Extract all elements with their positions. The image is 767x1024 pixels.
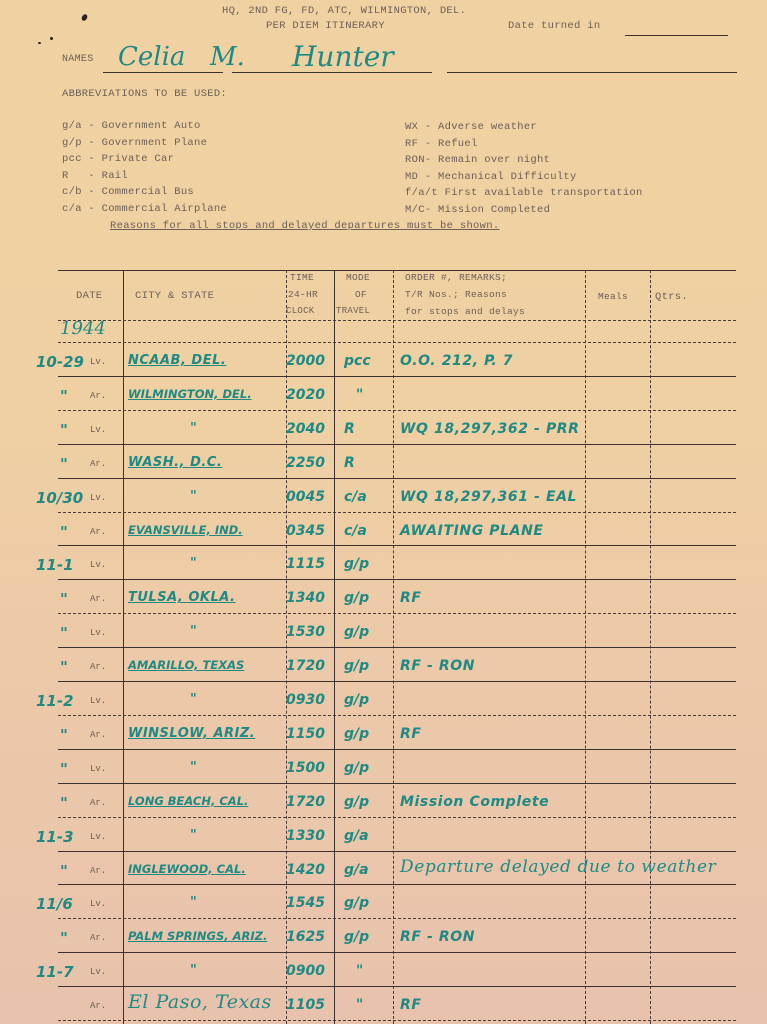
header-time-2: 24-HR [288,289,318,300]
ink-speck [50,37,53,40]
cell-mode: g/p [344,794,369,810]
cell-time: 0930 [286,692,325,708]
name-label: NAMES [62,54,94,65]
header-mode-1: MODE [346,272,370,283]
cell-date: 10-29 [36,353,96,371]
form-header-line1: HQ, 2ND FG, FD, ATC, WILMINGTON, DEL. [222,5,466,17]
cell-time: 1150 [286,726,325,742]
cell-city: " [190,556,197,571]
cell-order: RF - RON [400,658,475,674]
row-rule [58,986,736,987]
cell-city: " [190,760,197,775]
header-date: DATE [76,290,102,302]
cell-mode: g/p [344,624,369,640]
cell-lvar: Ar. [90,459,106,469]
abbreviation-item: c/b - Commercial Bus [62,186,194,198]
cell-city: WILMINGTON, DEL. [128,387,252,401]
abbreviation-item: WX - Adverse weather [405,121,537,133]
cell-time: 1420 [286,862,325,878]
abbreviation-item: RON- Remain over night [405,154,550,166]
year: 1944 [60,318,106,339]
abbreviation-item: M/C- Mission Completed [405,204,550,216]
cell-mode: g/p [344,726,369,742]
cell-time: 1105 [286,997,325,1013]
header-time-1: TIME [290,272,314,283]
cell-lvar: Lv. [90,560,106,570]
cell-lvar: Lv. [90,899,106,909]
form-title: PER DIEM ITINERARY [266,20,385,32]
cell-mode: c/a [344,489,367,505]
cell-city: TULSA, OKLA. [128,590,236,605]
cell-order: AWAITING PLANE [400,523,544,539]
cell-time: 1115 [286,556,325,572]
name-field-line-1[interactable] [103,72,223,73]
cell-mode: g/a [344,862,369,878]
cell-mode: g/p [344,658,369,674]
cell-mode: g/p [344,895,369,911]
cell-mode: R [344,455,355,471]
cell-time: 0345 [286,523,325,539]
name-last: Hunter [292,40,394,73]
row-rule [58,715,736,716]
cell-mode: " [356,963,363,979]
header-order-2: T/R Nos.; Reasons [405,289,507,300]
date-turned-in-field[interactable] [625,35,728,36]
cell-lvar: Ar. [90,391,106,401]
row-rule [58,884,736,885]
cell-mode: R [344,421,355,437]
cell-city: PALM SPRINGS, ARIZ. [128,929,267,943]
cell-time: 1625 [286,929,325,945]
cell-lvar: Lv. [90,493,106,503]
cell-city: INGLEWOOD, CAL. [128,862,246,876]
abbreviation-item: g/p - Government Plane [62,137,207,149]
cell-lvar: Ar. [90,933,106,943]
row-rule [58,647,736,648]
row-rule [58,918,736,919]
cell-lvar: Lv. [90,628,106,638]
cell-mode: pcc [344,353,371,369]
row-rule [58,681,736,682]
row-rule [58,851,736,852]
cell-order: Departure delayed due to weather [400,857,716,877]
cell-time: 2040 [286,421,325,437]
abbreviation-item: RF - Refuel [405,138,478,150]
cell-city: EVANSVILLE, IND. [128,523,243,537]
row-rule [58,952,736,953]
cell-mode: g/p [344,590,369,606]
name-field-line-3[interactable] [447,72,737,73]
cell-date: 11-7 [36,963,96,981]
cell-time: 0045 [286,489,325,505]
row-rule [58,478,736,479]
cell-order: RF - RON [400,929,475,945]
cell-mode: g/p [344,929,369,945]
name-first: Celia [118,42,185,72]
cell-date: 11-1 [36,556,96,574]
cell-lvar: Ar. [90,527,106,537]
cell-city: AMARILLO, TEXAS [128,658,244,672]
cell-city: " [190,489,197,504]
row-rule [58,545,736,546]
row-rule [58,444,736,445]
cell-mode: g/p [344,692,369,708]
row-rule [58,783,736,784]
date-turned-in-label: Date turned in [508,20,600,32]
cell-lvar: Lv. [90,967,106,977]
header-order-1: ORDER #, REMARKS; [405,272,507,283]
row-rule [58,579,736,580]
header-mode-3: TRAVEL [336,306,370,316]
ink-speck [38,42,41,44]
cell-time: 2000 [286,353,325,369]
cell-time: 0900 [286,963,325,979]
header-meals: Meals [598,291,628,302]
abbreviation-item: f/a/t First available transportation [405,187,643,199]
cell-date: 11/6 [36,895,96,913]
cell-city: El Paso, Texas [128,991,272,1013]
cell-mode: c/a [344,523,367,539]
cell-date: 11-2 [36,692,96,710]
header-qtrs: Qtrs. [655,291,688,303]
row-rule [58,613,736,614]
abbreviations-note: Reasons for all stops and delayed depart… [110,220,499,232]
cell-order: WQ 18,297,362 - PRR [400,421,580,437]
cell-lvar: Lv. [90,764,106,774]
row-rule [58,817,736,818]
cell-city: WINSLOW, ARIZ. [128,726,255,741]
header-bottom-rule [58,320,736,321]
cell-order: RF [400,590,422,606]
abbreviation-item: pcc - Private Car [62,153,174,165]
cell-city: " [190,624,197,639]
cell-lvar: Lv. [90,357,106,367]
cell-order: Mission Complete [400,794,549,810]
cell-time: 2020 [286,387,325,403]
cell-time: 1330 [286,828,325,844]
row-rule [58,512,736,513]
name-middle: M. [210,42,245,72]
abbreviation-item: g/a - Government Auto [62,120,201,132]
year-row-rule [58,342,736,343]
header-time-3: CLOCK [286,306,315,316]
cell-time: 1500 [286,760,325,776]
cell-city: " [190,963,197,978]
cell-city: " [190,828,197,843]
cell-time: 1530 [286,624,325,640]
cell-time: 2250 [286,455,325,471]
row-rule [58,410,736,411]
abbreviations-title: ABBREVIATIONS TO BE USED: [62,88,227,100]
abbreviation-item: R - Rail [62,170,128,182]
cell-city: LONG BEACH, CAL. [128,794,248,808]
cell-lvar: Lv. [90,696,106,706]
cell-time: 1545 [286,895,325,911]
header-city: CITY & STATE [135,290,214,302]
cell-lvar: Lv. [90,832,106,842]
cell-time: 1720 [286,658,325,674]
cell-order: RF [400,726,422,742]
cell-lvar: Lv. [90,425,106,435]
cell-time: 1340 [286,590,325,606]
ink-speck [81,13,89,22]
cell-mode: g/p [344,556,369,572]
cell-time: 1720 [286,794,325,810]
cell-mode: " [356,387,363,403]
row-rule [58,1020,736,1021]
cell-city: " [190,421,197,436]
cell-order: WQ 18,297,361 - EAL [400,489,577,505]
cell-order: O.O. 212, P. 7 [400,353,513,369]
header-order-3: for stops and delays [405,306,525,317]
cell-lvar: Ar. [90,1001,106,1011]
name-field-line-2[interactable] [232,72,432,73]
row-rule [58,749,736,750]
cell-order: RF [400,997,422,1013]
cell-lvar: Ar. [90,662,106,672]
cell-city: " [190,895,197,910]
cell-city: WASH., D.C. [128,455,222,470]
cell-mode: g/a [344,828,369,844]
cell-city: " [190,692,197,707]
cell-lvar: Ar. [90,594,106,604]
abbreviation-item: c/a - Commercial Airplane [62,203,227,215]
cell-lvar: Ar. [90,798,106,808]
cell-lvar: Ar. [90,866,106,876]
row-rule [58,376,736,377]
cell-lvar: Ar. [90,730,106,740]
cell-city: NCAAB, DEL. [128,353,226,368]
abbreviation-item: MD - Mechanical Difficulty [405,171,577,183]
cell-date: 11-3 [36,828,96,846]
cell-mode: " [356,997,363,1013]
cell-mode: g/p [344,760,369,776]
header-mode-2: OF [355,289,367,300]
table-top-rule [58,270,736,271]
cell-date: 10/30 [36,489,96,507]
